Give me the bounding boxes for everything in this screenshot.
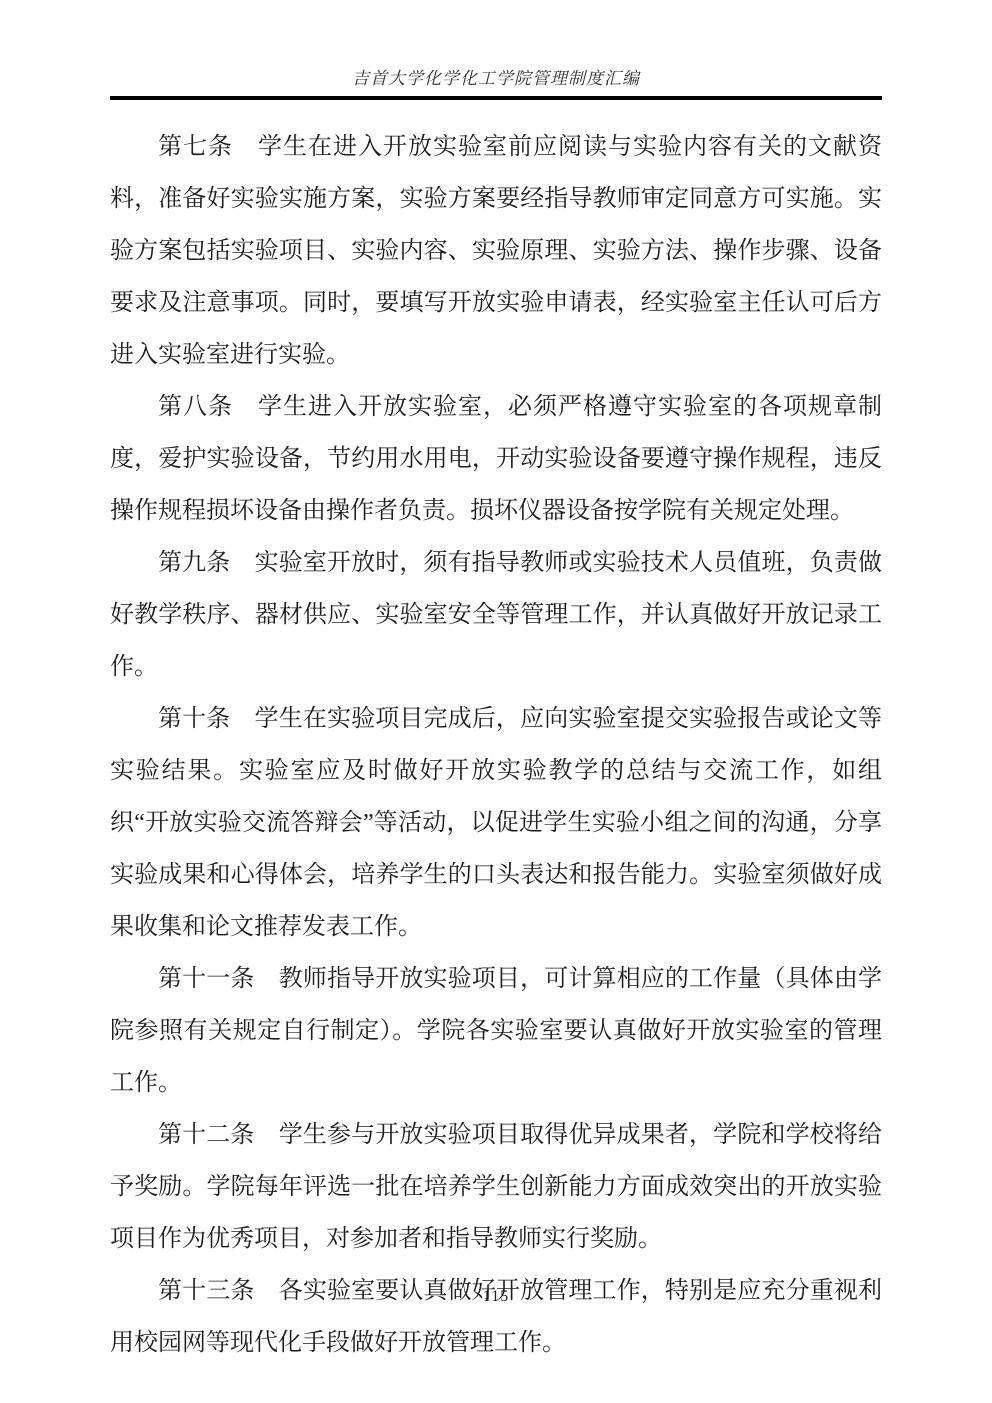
article-paragraph-8: 第八条 学生进入开放实验室，必须严格遵守实验室的各项规章制度，爱护实验设备，节约… bbox=[110, 381, 882, 537]
article-paragraph-10: 第十条 学生在实验项目完成后，应向实验室提交实验报告或论文等实验结果。实验室应及… bbox=[110, 693, 882, 953]
article-paragraph-9: 第九条 实验室开放时，须有指导教师或实验技术人员值班，负责做好教学秩序、器材供应… bbox=[110, 537, 882, 693]
article-paragraph-12: 第十二条 学生参与开放实验项目取得优异成果者，学院和学校将给予奖励。学院每年评选… bbox=[110, 1109, 882, 1265]
page-header-title: 吉首大学化学化工学院管理制度汇编 bbox=[110, 64, 882, 89]
article-paragraph-11: 第十一条 教师指导开放实验项目，可计算相应的工作量（具体由学院参照有关规定自行制… bbox=[110, 953, 882, 1109]
document-body: 第七条 学生在进入开放实验室前应阅读与实验内容有关的文献资料，准备好实验实施方案… bbox=[110, 121, 882, 1369]
document-page: 吉首大学化学化工学院管理制度汇编 第七条 学生在进入开放实验室前应阅读与实验内容… bbox=[110, 0, 882, 1369]
page-number: 115 bbox=[0, 1288, 992, 1306]
article-paragraph-13: 第十三条 各实验室要认真做好开放管理工作，特别是应充分重视利用校园网等现代化手段… bbox=[110, 1265, 882, 1369]
header-divider bbox=[110, 96, 882, 100]
article-paragraph-7: 第七条 学生在进入开放实验室前应阅读与实验内容有关的文献资料，准备好实验实施方案… bbox=[110, 121, 882, 381]
